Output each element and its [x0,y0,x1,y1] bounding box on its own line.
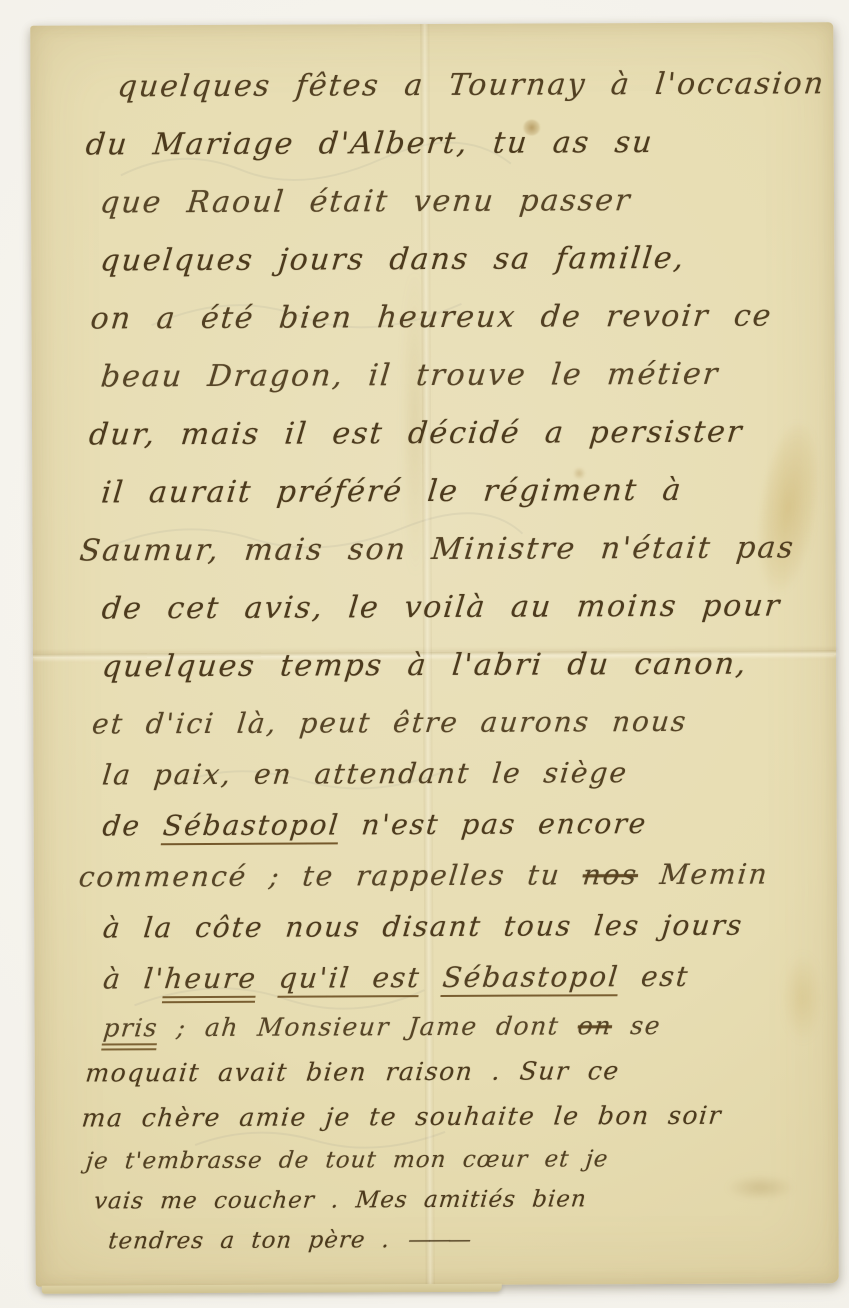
letter-line: à l'heure qu'il est Sébastopol est [60,959,834,1013]
letter-line: de cet avis, le voilà au moins pour [58,588,833,649]
letter-segment: dur, mais il est décidé a persister [87,415,745,453]
letter-segment: n'est pas encore [338,807,649,841]
letter-segment: moquait avait bien raison . Sur ce [84,1056,621,1087]
letter-body: quelques fêtes a Tournay à l'occasiondu … [58,66,832,1280]
letter-line: quelques temps à l'abri du canon, [58,646,833,707]
letter-segment: que Raoul était venu passer [98,183,633,220]
letter-line: beau Dragon, il trouve le métier [57,356,832,417]
letter-line: vais me coucher . Mes amitiés bien [61,1185,834,1228]
letter-line: de Sébastopol n'est pas encore [59,806,833,860]
letter-line: quelques jours dans sa famille, [56,240,831,301]
letter-segment-underline: Sébastopol [441,960,621,997]
letter-line: dur, mais il est décidé a persister [57,414,832,475]
letter-line: il aurait préféré le régiment à [57,472,832,533]
letter-line: à la côte nous disant tous les jours [60,908,834,962]
letter-segment: ; ah Monsieur Jame dont [157,1011,580,1042]
letter-line: et d'ici là, peut être aurons nous [59,704,833,758]
letter-segment: quelques fêtes a Tournay à l'occasion [116,66,827,104]
letter-segment: je t'embrasse de tout mon cœur et je [85,1146,610,1174]
letter-segment: on a été bien heureux de revoir ce [89,299,774,337]
letter-segment-underline: qu'il est [277,961,422,998]
letter-segment: quelques temps à l'abri du canon, [100,647,749,685]
letter-line: quelques fêtes a Tournay à l'occasion [56,66,831,127]
letter-segment: à la côte nous disant tous les jours [101,909,745,945]
letter-line: la paix, en attendant le siège [59,755,833,809]
letter-segment-underline: Sébastopol [161,808,341,845]
letter-line: pris ; ah Monsieur Jame dont on se [60,1010,834,1058]
letter-segment-dash: ——— [389,1227,470,1253]
letter-segment: vais me coucher . Mes amitiés bien [93,1186,588,1214]
letter-segment [256,962,281,995]
letter-line: Saumur, mais son Ministre n'était pas [58,530,833,591]
letter-line: du Mariage d'Albert, tu as su [56,124,831,185]
letter-segment: est [618,960,691,993]
letter-line: que Raoul était venu passer [56,182,831,243]
letter-segment-strikethrough: on [576,1011,613,1040]
letter-line: moquait avait bien raison . Sur ce [61,1055,835,1103]
letter-segment: Memin [636,858,770,892]
letter-line: commencé ; te rappelles tu nos Memin [59,857,833,911]
letter-segment: il aurait préféré le régiment à [100,473,684,511]
letter-line: je t'embrasse de tout mon cœur et je [61,1145,834,1188]
letter-segment: de cet avis, le voilà au moins pour [100,588,783,626]
letter-segment: et d'ici là, peut être aurons nous [91,705,690,741]
letter-segment: à l' [102,962,167,995]
letter-segment: de [101,809,165,842]
letter-paper: quelques fêtes a Tournay à l'occasiondu … [30,22,838,1286]
letter-segment: beau Dragon, il trouve le métier [99,357,721,395]
letter-segment: tendres a ton père . [107,1227,392,1254]
letter-segment: commencé ; te rappelles tu [77,858,584,893]
letter-segment: Saumur, mais son Ministre n'était pas [78,530,797,568]
letter-line: ma chère amie je te souhaite le bon soir [61,1100,835,1148]
letter-segment: se [611,1011,663,1040]
letter-line: tendres a ton père .——— [62,1225,835,1268]
letter-segment-strikethrough: nos [581,858,640,891]
letter-segment-underline-double: pris [101,1013,160,1050]
letter-segment: la paix, en attendant le siège [101,756,630,791]
letter-segment: ma chère amie je te souhaite le bon soir [80,1101,723,1133]
letter-segment: du Mariage d'Albert, tu as su [84,125,655,162]
letter-segment: quelques jours dans sa famille, [99,241,687,279]
letter-line: on a été bien heureux de revoir ce [57,298,832,359]
letter-segment-underline-double: heure [162,962,259,1003]
photo-background: quelques fêtes a Tournay à l'occasiondu … [0,0,849,1308]
